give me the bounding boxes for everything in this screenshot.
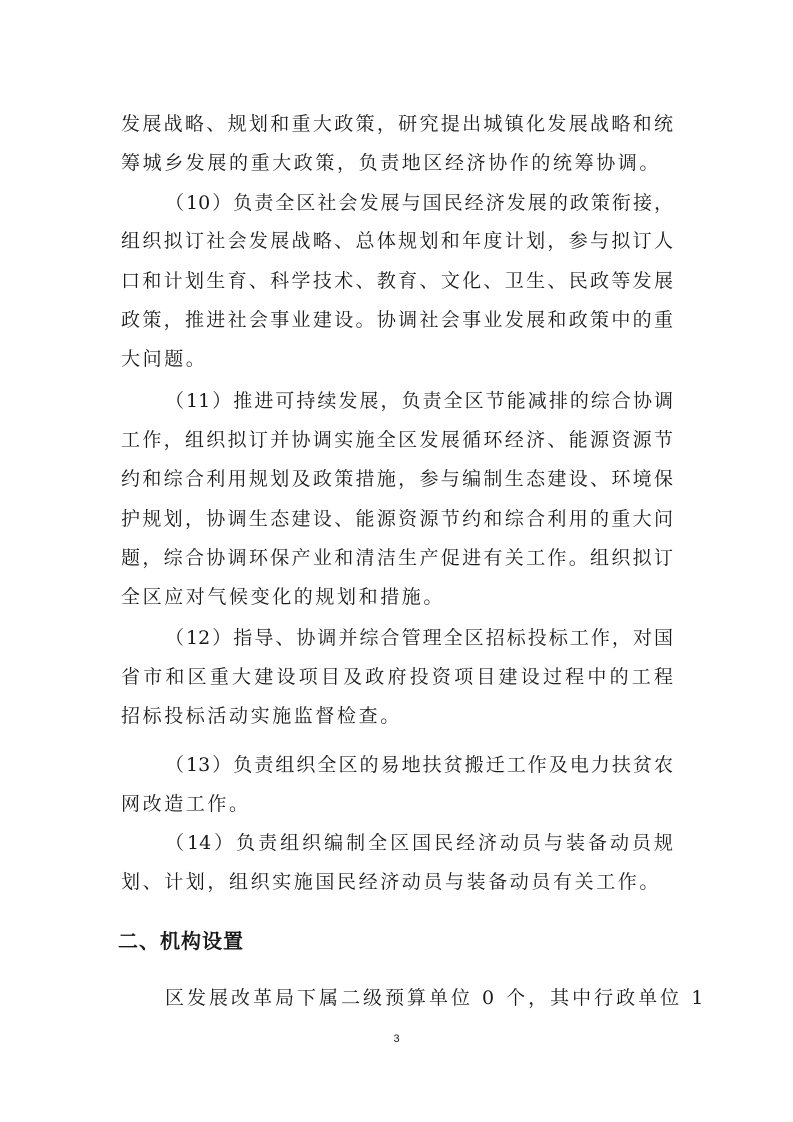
body-line: 护规划，协调生态建设、能源资源节约和综合利用的重大问 [121, 506, 673, 532]
body-line: 口和计划生育、科学技术、教育、文化、卫生、民政等发展 [121, 268, 673, 294]
body-line: 约和综合利用规划及政策措施，参与编制生态建设、环境保 [121, 466, 673, 492]
body-line: 全区应对气候变化的规划和措施。 [121, 584, 673, 610]
body-line: 网改造工作。 [121, 791, 673, 817]
item-12-line: （12）指导、协调并综合管理全区招标投标工作，对国 [165, 625, 673, 651]
body-line: 工作，组织拟订并协调实施全区发展循环经济、能源资源节 [121, 427, 673, 453]
body-line: 政策，推进社会事业建设。协调社会事业发展和政策中的重 [121, 307, 673, 333]
body-line: 大问题。 [121, 346, 673, 372]
body-line: 划、计划，组织实施国民经济动员与装备动员有关工作。 [121, 869, 673, 895]
item-14-line: （14）负责组织编制全区国民经济动员与装备动员规 [165, 830, 673, 856]
body-line: 招标投标活动实施监督检查。 [121, 703, 673, 729]
body-line: 发展战略、规划和重大政策，研究提出城镇化发展战略和统 [121, 111, 673, 137]
item-11-line: （11）推进可持续发展，负责全区节能减排的综合协调 [165, 388, 673, 414]
item-13-line: （13）负责组织全区的易地扶贫搬迁工作及电力扶贫农 [165, 752, 673, 778]
item-10-line: （10）负责全区社会发展与国民经济发展的政策衔接， [165, 190, 673, 216]
body-line: 省市和区重大建设项目及政府投资项目建设过程中的工程 [121, 664, 673, 690]
paragraph-line: 区发展改革局下属二级预算单位 0 个，其中行政单位 1 [165, 985, 673, 1011]
page-number: 3 [0, 1033, 793, 1045]
body-line: 筹城乡发展的重大政策，负责地区经济协作的统筹协调。 [121, 150, 673, 176]
body-line: 组织拟订社会发展战略、总体规划和年度计划，参与拟订人 [121, 228, 673, 254]
body-line: 题，综合协调环保产业和清洁生产促进有关工作。组织拟订 [121, 545, 673, 571]
section-heading: 二、机构设置 [118, 925, 244, 954]
